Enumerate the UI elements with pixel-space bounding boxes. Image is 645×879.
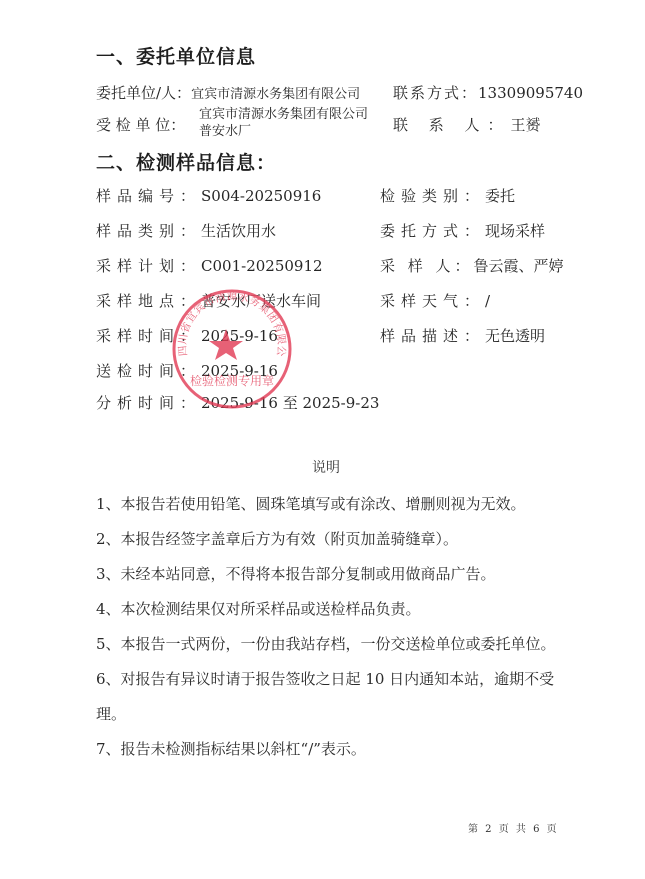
field-value: 现场采样 — [485, 222, 545, 240]
note-item: 6、对报告有异议时请于报告签收之日起 10 日内通知本站，逾期不受 — [96, 668, 554, 689]
field-submission-time: 送检时间：2025-9-16 — [96, 360, 278, 381]
report-page: 一、委托单位信息 委托单位/人：宜宾市清源水务集团有限公司 联系方式：13309… — [0, 0, 645, 879]
field-sample-category: 样品类别：生活饮用水 — [96, 220, 276, 241]
contact-person-row: 联 系 人：王赟 — [393, 114, 541, 135]
field-label: 分析时间： — [96, 394, 201, 412]
note-item-continued: 理。 — [96, 703, 126, 724]
field-label: 采 样 人： — [380, 257, 474, 275]
field-label: 采样时间： — [96, 327, 201, 345]
field-label: 检验类别： — [380, 187, 485, 205]
field-label: 样品类别： — [96, 222, 201, 240]
contact-method-label: 联系方式： — [393, 84, 478, 102]
field-label: 样品描述： — [380, 327, 485, 345]
note-item: 1、本报告若使用铅笔、圆珠笔填写或有涂改、增删则视为无效。 — [96, 493, 526, 514]
field-value: 普安水厂送水车间 — [201, 292, 321, 310]
page-number: 第 2 页 共 6 页 — [468, 820, 559, 835]
inspected-value: 宜宾市清源水务集团有限公司 普安水厂 — [199, 106, 368, 140]
client-value: 宜宾市清源水务集团有限公司 — [191, 87, 360, 102]
field-value: 委托 — [485, 187, 515, 205]
field-value: 鲁云霞、严婷 — [474, 257, 564, 275]
section2-heading: 二、检测样品信息： — [96, 148, 276, 175]
field-label: 委托方式： — [380, 222, 485, 240]
field-value: 2025-9-16 — [201, 362, 278, 380]
note-item: 7、报告未检测指标结果以斜杠“/”表示。 — [96, 738, 366, 759]
field-sample-id: 样品编号：S004-20250916 — [96, 185, 321, 206]
field-label: 采样地点： — [96, 292, 201, 310]
client-row: 委托单位/人：宜宾市清源水务集团有限公司 — [96, 82, 360, 103]
note-item: 4、本次检测结果仅对所采样品或送检样品负责。 — [96, 598, 421, 619]
field-sampling-weather: 采样天气：/ — [380, 290, 490, 311]
section1-heading: 一、委托单位信息 — [96, 42, 256, 69]
notes-title: 说明 — [312, 457, 340, 477]
note-item: 3、未经本站同意，不得将本报告部分复制或用做商品广告。 — [96, 563, 496, 584]
inspected-label: 受 检 单 位： — [96, 114, 185, 135]
contact-person-label: 联 系 人： — [393, 116, 511, 134]
inspected-value-line2: 普安水厂 — [199, 123, 368, 140]
field-value: S004-20250916 — [201, 187, 321, 205]
field-value: 2025-9-16 至 2025-9-23 — [201, 394, 379, 412]
field-sampling-time: 采样时间：2025-9-16 — [96, 325, 278, 346]
contact-method-row: 联系方式：13309095740 — [393, 82, 583, 103]
field-entrust-method: 委托方式：现场采样 — [380, 220, 545, 241]
field-label: 送检时间： — [96, 362, 201, 380]
field-value: / — [485, 292, 490, 310]
field-inspection-type: 检验类别：委托 — [380, 185, 515, 206]
field-value: C001-20250912 — [201, 257, 323, 275]
field-value: 生活饮用水 — [201, 222, 276, 240]
field-value: 无色透明 — [485, 327, 545, 345]
note-item: 5、本报告一式两份，一份由我站存档，一份交送检单位或委托单位。 — [96, 633, 556, 654]
field-sample-description: 样品描述：无色透明 — [380, 325, 545, 346]
field-sampling-location: 采样地点：普安水厂送水车间 — [96, 290, 321, 311]
contact-person-value: 王赟 — [511, 116, 541, 134]
field-analysis-time: 分析时间：2025-9-16 至 2025-9-23 — [96, 392, 379, 413]
contact-method-value: 13309095740 — [478, 84, 583, 102]
field-label: 采样计划： — [96, 257, 201, 275]
field-value: 2025-9-16 — [201, 327, 278, 345]
client-label: 委托单位/人： — [96, 84, 191, 102]
field-label: 采样天气： — [380, 292, 485, 310]
note-item: 2、本报告经签字盖章后方为有效（附页加盖骑缝章）。 — [96, 528, 458, 549]
inspected-value-line1: 宜宾市清源水务集团有限公司 — [199, 106, 368, 123]
field-sampler: 采 样 人：鲁云霞、严婷 — [380, 255, 564, 276]
field-label: 样品编号： — [96, 187, 201, 205]
field-sampling-plan: 采样计划：C001-20250912 — [96, 255, 323, 276]
